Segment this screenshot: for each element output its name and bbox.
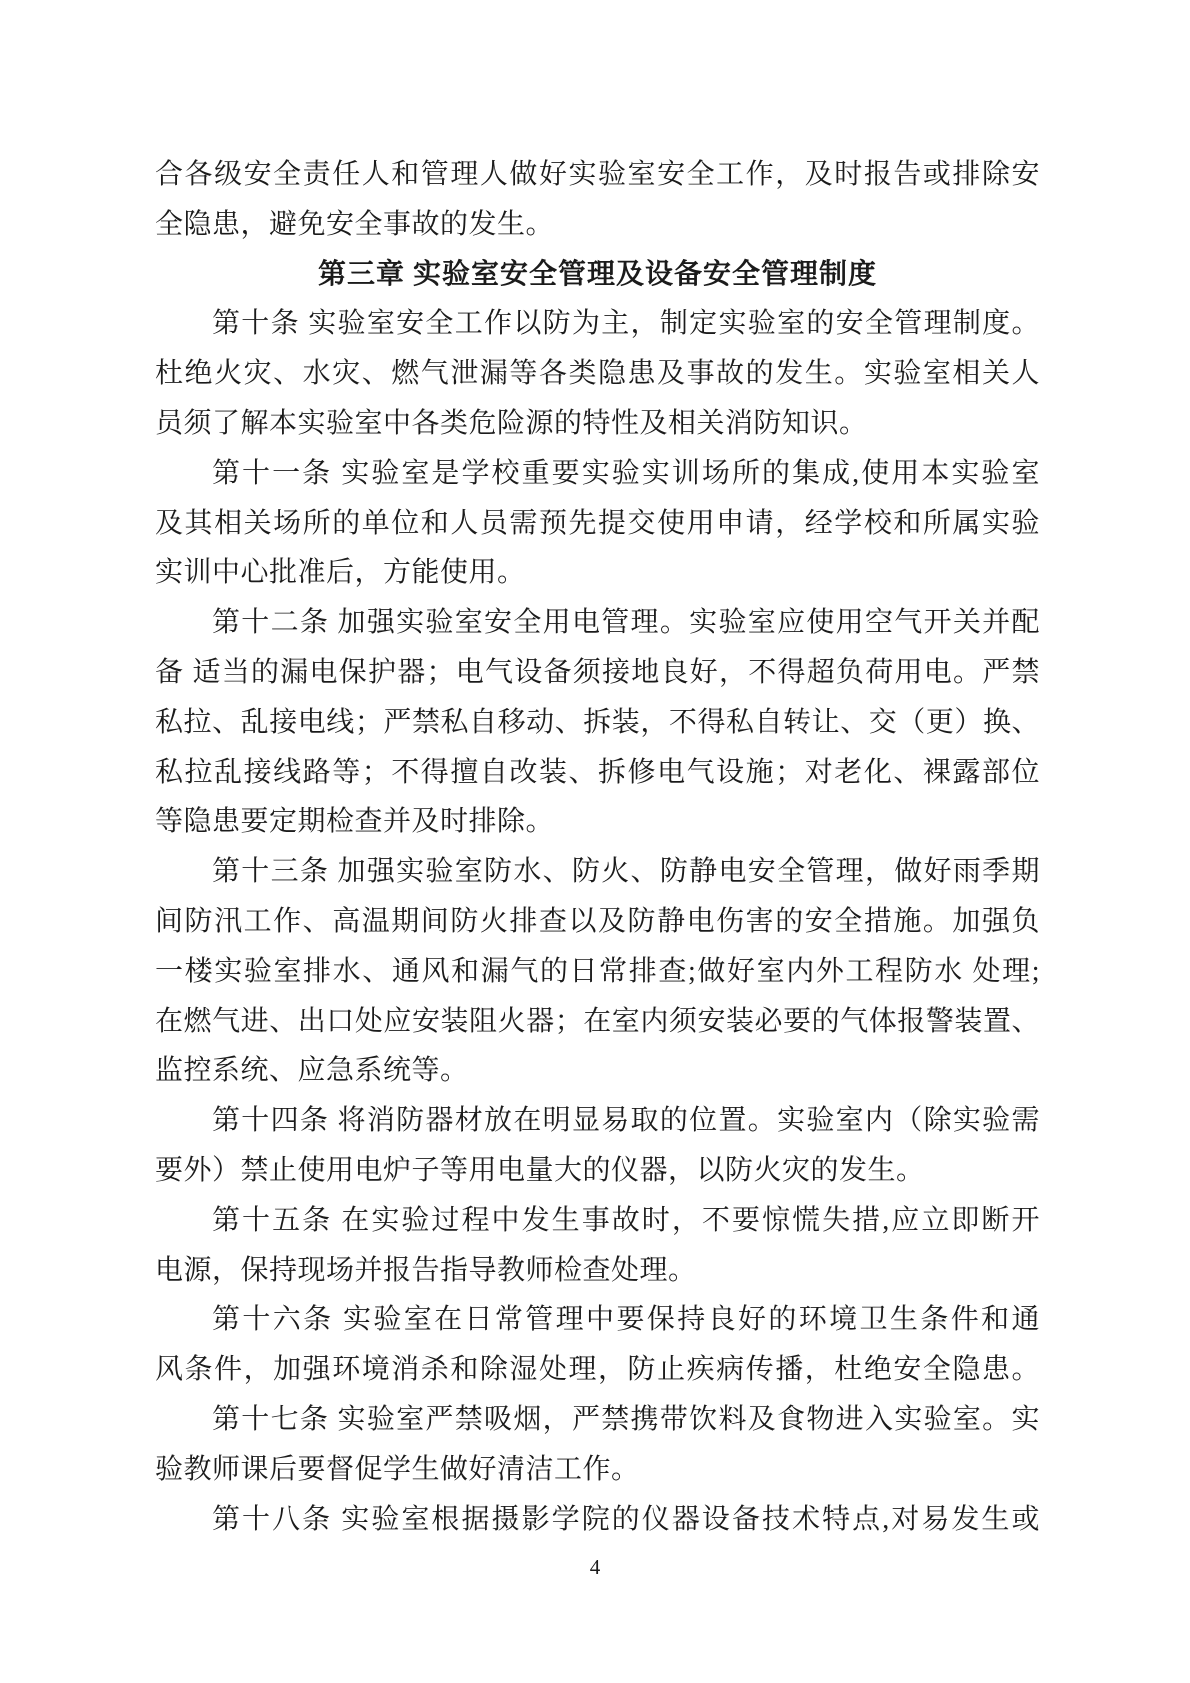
text-line: 私拉乱接线路等；不得擅自改装、拆修电气设施；对老化、裸露部位 — [155, 748, 1040, 798]
text-line: 风条件，加强环境消杀和除湿处理，防止疾病传播，杜绝安全隐患。 — [155, 1345, 1040, 1395]
text-line: 及其相关场所的单位和人员需预先提交使用申请，经学校和所属实验 — [155, 499, 1040, 549]
text-line: 验教师课后要督促学生做好清洁工作。 — [155, 1445, 1040, 1495]
text-line: 第十六条 实验室在日常管理中要保持良好的环境卫生条件和通 — [155, 1295, 1040, 1345]
page-number: 4 — [590, 1555, 601, 1579]
text-line: 合各级安全责任人和管理人做好实验室安全工作，及时报告或排除安 — [155, 150, 1040, 200]
text-line: 等隐患要定期检查并及时排除。 — [155, 797, 1040, 847]
text-line: 第十八条 实验室根据摄影学院的仪器设备技术特点,对易发生或 — [155, 1495, 1040, 1545]
text-line: 电源，保持现场并报告指导教师检查处理。 — [155, 1246, 1040, 1296]
text-line: 第十五条 在实验过程中发生事故时，不要惊慌失措,应立即断开 — [155, 1196, 1040, 1246]
document-text-block: 合各级安全责任人和管理人做好实验室安全工作，及时报告或排除安全隐患，避免安全事故… — [155, 150, 1040, 1544]
text-line: 第十四条 将消防器材放在明显易取的位置。实验室内（除实验需 — [155, 1096, 1040, 1146]
document-page: 合各级安全责任人和管理人做好实验室安全工作，及时报告或排除安全隐患，避免安全事故… — [0, 0, 1190, 1683]
text-line: 在燃气进、出口处应安装阻火器；在室内须安装必要的气体报警装置、 — [155, 997, 1040, 1047]
text-line: 第十二条 加强实验室安全用电管理。实验室应使用空气开关并配 — [155, 598, 1040, 648]
chapter-heading: 第三章 实验室安全管理及设备安全管理制度 — [155, 250, 1040, 300]
text-line: 私拉、乱接电线；严禁私自移动、拆装，不得私自转让、交（更）换、 — [155, 698, 1040, 748]
text-line: 第十三条 加强实验室防水、防火、防静电安全管理，做好雨季期 — [155, 847, 1040, 897]
text-line: 一楼实验室排水、通风和漏气的日常排查;做好室内外工程防水 处理; — [155, 947, 1040, 997]
text-line: 监控系统、应急系统等。 — [155, 1046, 1040, 1096]
text-line: 备 适当的漏电保护器；电气设备须接地良好，不得超负荷用电。严禁 — [155, 648, 1040, 698]
text-line: 要外）禁止使用电炉子等用电量大的仪器，以防火灾的发生。 — [155, 1146, 1040, 1196]
text-line: 第十一条 实验室是学校重要实验实训场所的集成,使用本实验室 — [155, 449, 1040, 499]
text-line: 第十条 实验室安全工作以防为主，制定实验室的安全管理制度。 — [155, 299, 1040, 349]
text-line: 间防汛工作、高温期间防火排查以及防静电伤害的安全措施。加强负 — [155, 897, 1040, 947]
text-line: 第十七条 实验室严禁吸烟，严禁携带饮料及食物进入实验室。实 — [155, 1395, 1040, 1445]
page-footer: 4 — [0, 1552, 1190, 1582]
text-line: 员须了解本实验室中各类危险源的特性及相关消防知识。 — [155, 399, 1040, 449]
text-line: 全隐患，避免安全事故的发生。 — [155, 200, 1040, 250]
text-line: 实训中心批准后，方能使用。 — [155, 548, 1040, 598]
text-line: 杜绝火灾、水灾、燃气泄漏等各类隐患及事故的发生。实验室相关人 — [155, 349, 1040, 399]
